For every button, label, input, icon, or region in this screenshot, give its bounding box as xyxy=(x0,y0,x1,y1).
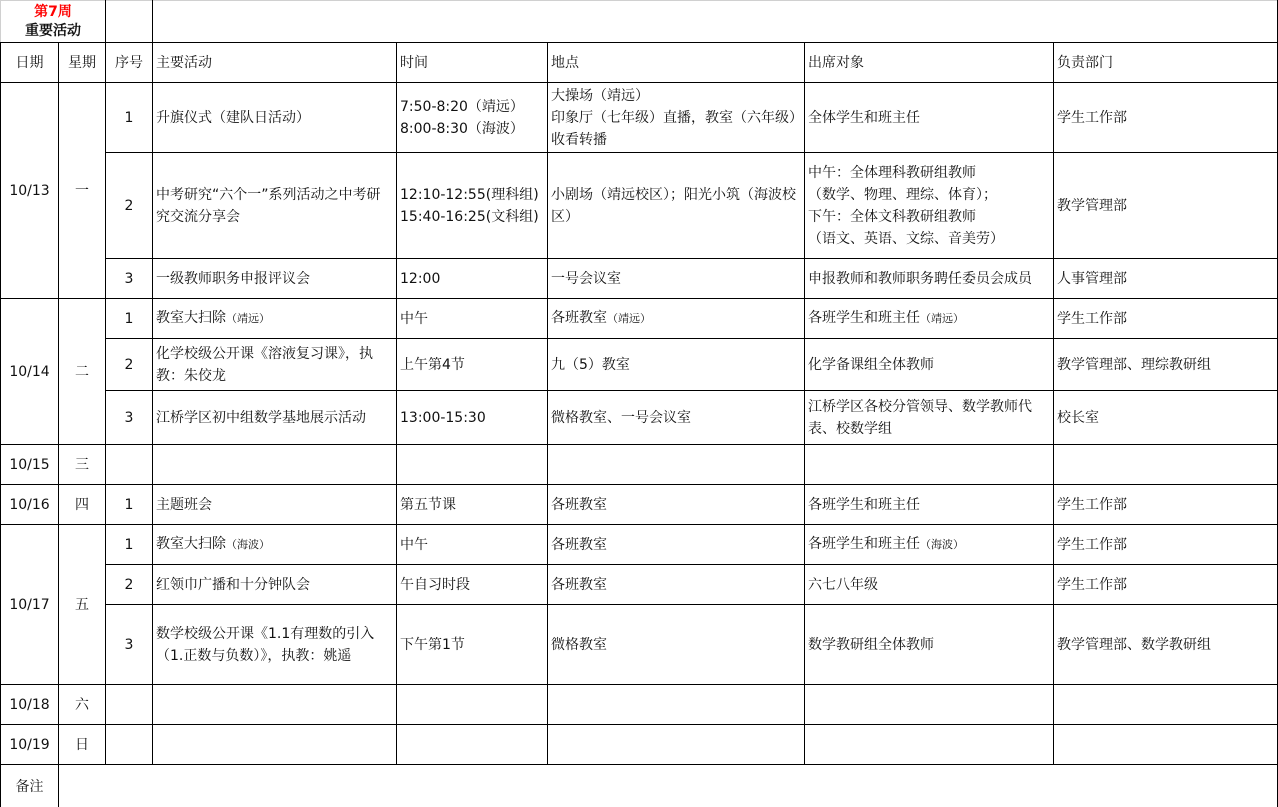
time-cell: 下午第1节 xyxy=(397,605,548,685)
cell-text: 江桥学区初中组数学基地展示活动 xyxy=(156,410,366,426)
time-cell: 13:00-15:30 xyxy=(397,391,548,445)
time-text: 中午 xyxy=(400,537,428,553)
attendees-cell: 化学备课组全体教师 xyxy=(805,339,1054,391)
week-label: 第7周 xyxy=(4,3,102,21)
cell-text: 九（5）教室 xyxy=(551,357,630,373)
cell-text: 主题班会 xyxy=(156,497,212,513)
time-text: 7:50-8:20（靖远） xyxy=(400,99,524,115)
cell-text: 各班学生和班主任 xyxy=(808,310,920,326)
col-header-weekday: 星期 xyxy=(59,43,106,83)
remarks-value-cell[interactable] xyxy=(59,765,1278,807)
cell-text: 江桥学区各校分管领导、数学教师代表、校数学组 xyxy=(808,399,1032,437)
time-cell: 12:10-12:55(理科组)15:40-16:25(文科组) xyxy=(397,153,548,259)
place-cell: 九（5）教室 xyxy=(548,339,805,391)
table-row: 10/17五1教室大扫除（海波）中午各班教室各班学生和班主任（海波）学生工作部 xyxy=(1,525,1278,565)
department-cell xyxy=(1054,445,1278,485)
attendees-cell: 各班学生和班主任（海波） xyxy=(805,525,1054,565)
place-cell: 各班教室 xyxy=(548,485,805,525)
time-cell xyxy=(397,725,548,765)
cell-text: 中午：全体理科教研组教师 xyxy=(808,165,976,181)
cell-text: 数学校级公开课《1.1有理数的引入（1.正数与负数）》，执教：姚遥 xyxy=(156,626,374,664)
row-number-cell: 3 xyxy=(106,259,153,299)
cell-text: 小剧场（靖远校区）；阳光小筑（海波校区） xyxy=(551,187,796,225)
weekday-cell: 二 xyxy=(59,299,106,445)
row-number-cell: 1 xyxy=(106,299,153,339)
row-number-cell: 2 xyxy=(106,339,153,391)
table-row: 10/19日 xyxy=(1,725,1278,765)
cell-note: （靖远） xyxy=(607,312,651,325)
cell-text: 各班教室 xyxy=(551,537,607,553)
department-cell: 教学管理部、理综教研组 xyxy=(1054,339,1278,391)
attendees-cell: 申报教师和教师职务聘任委员会成员 xyxy=(805,259,1054,299)
table-row: 2化学校级公开课《溶液复习课》，执教：朱佼龙上午第4节九（5）教室化学备课组全体… xyxy=(1,339,1278,391)
cell-text: 化学校级公开课《溶液复习课》，执教：朱佼龙 xyxy=(156,346,373,384)
activity-cell: 升旗仪式（建队日活动） xyxy=(153,83,397,153)
activity-cell: 数学校级公开课《1.1有理数的引入（1.正数与负数）》，执教：姚遥 xyxy=(153,605,397,685)
attendees-cell xyxy=(805,685,1054,725)
cell-text: 各班教室 xyxy=(551,310,607,326)
time-cell xyxy=(397,445,548,485)
table-row: 3江桥学区初中组数学基地展示活动13:00-15:30微格教室、一号会议室江桥学… xyxy=(1,391,1278,445)
row-number-cell xyxy=(106,685,153,725)
page-title: 重要活动 xyxy=(4,21,102,41)
date-cell: 10/14 xyxy=(1,299,59,445)
table-row: 2中考研究“六个一”系列活动之中考研究交流分享会12:10-12:55(理科组)… xyxy=(1,153,1278,259)
attendees-cell: 数学教研组全体教师 xyxy=(805,605,1054,685)
weekday-cell: 五 xyxy=(59,525,106,685)
cell-text: （语文、英语、文综、音美劳） xyxy=(808,231,1004,247)
department-cell: 学生工作部 xyxy=(1054,83,1278,153)
cell-text: 各班教室 xyxy=(551,577,607,593)
col-header-no: 序号 xyxy=(106,43,153,83)
col-header-dept: 负责部门 xyxy=(1054,43,1278,83)
attendees-cell: 中午：全体理科教研组教师（数学、物理、理综、体育）；下午：全体文科教研组教师（语… xyxy=(805,153,1054,259)
weekday-cell: 四 xyxy=(59,485,106,525)
activity-cell: 红领巾广播和十分钟队会 xyxy=(153,565,397,605)
cell-note: （海波） xyxy=(920,538,964,551)
attendees-cell: 全体学生和班主任 xyxy=(805,83,1054,153)
cell-text: 各班学生和班主任 xyxy=(808,497,920,513)
attendees-cell: 各班学生和班主任（靖远） xyxy=(805,299,1054,339)
cell-text: 微格教室 xyxy=(551,637,607,653)
department-cell xyxy=(1054,685,1278,725)
activity-cell: 教室大扫除（靖远） xyxy=(153,299,397,339)
attendees-cell: 江桥学区各校分管领导、数学教师代表、校数学组 xyxy=(805,391,1054,445)
time-text: 8:00-8:30（海波） xyxy=(400,121,524,137)
cell-text: 申报教师和教师职务聘任委员会成员 xyxy=(808,271,1032,287)
date-cell: 10/17 xyxy=(1,525,59,685)
row-number-cell: 2 xyxy=(106,153,153,259)
col-header-activity: 主要活动 xyxy=(153,43,397,83)
activity-cell: 江桥学区初中组数学基地展示活动 xyxy=(153,391,397,445)
cell-text: 化学备课组全体教师 xyxy=(808,357,934,373)
date-cell: 10/19 xyxy=(1,725,59,765)
department-cell: 教学管理部 xyxy=(1054,153,1278,259)
title-blank-span xyxy=(153,1,1278,43)
remarks-row: 备注 xyxy=(1,765,1278,807)
cell-text: 中考研究“六个一”系列活动之中考研究交流分享会 xyxy=(156,187,381,225)
activity-cell: 主题班会 xyxy=(153,485,397,525)
weekly-schedule-table: 第7周 重要活动 日期 星期 序号 主要活动 时间 地点 出席对象 负责部门 1… xyxy=(0,0,1278,807)
time-text: 下午第1节 xyxy=(400,637,465,653)
time-text: 13:00-15:30 xyxy=(400,410,486,426)
activity-cell: 化学校级公开课《溶液复习课》，执教：朱佼龙 xyxy=(153,339,397,391)
table-row: 2红领巾广播和十分钟队会午自习时段各班教室六七八年级学生工作部 xyxy=(1,565,1278,605)
row-number-cell: 3 xyxy=(106,391,153,445)
weekday-cell: 三 xyxy=(59,445,106,485)
row-number-cell: 2 xyxy=(106,565,153,605)
activity-cell xyxy=(153,445,397,485)
place-cell: 小剧场（靖远校区）；阳光小筑（海波校区） xyxy=(548,153,805,259)
weekday-cell: 日 xyxy=(59,725,106,765)
cell-text: 下午：全体文科教研组教师 xyxy=(808,209,976,225)
attendees-cell xyxy=(805,445,1054,485)
table-row: 10/18六 xyxy=(1,685,1278,725)
department-cell: 学生工作部 xyxy=(1054,299,1278,339)
cell-text: （数学、物理、理综、体育）； xyxy=(808,187,997,203)
remarks-label: 备注 xyxy=(1,765,59,807)
time-text: 12:10-12:55(理科组) xyxy=(400,187,539,203)
time-text: 15:40-16:25(文科组) xyxy=(400,209,539,225)
time-cell: 中午 xyxy=(397,299,548,339)
time-text: 12:00 xyxy=(400,271,440,287)
title-row: 第7周 重要活动 xyxy=(1,1,1278,43)
cell-text: 升旗仪式（建队日活动） xyxy=(156,110,310,126)
week-title-cell: 第7周 重要活动 xyxy=(1,1,106,43)
activity-cell: 一级教师职务申报评议会 xyxy=(153,259,397,299)
row-number-cell xyxy=(106,445,153,485)
department-cell xyxy=(1054,725,1278,765)
cell-text: 教室大扫除 xyxy=(156,310,226,326)
attendees-cell: 六七八年级 xyxy=(805,565,1054,605)
place-cell xyxy=(548,685,805,725)
weekday-cell: 六 xyxy=(59,685,106,725)
table-row: 10/15三 xyxy=(1,445,1278,485)
cell-text: 六七八年级 xyxy=(808,577,878,593)
row-number-cell xyxy=(106,725,153,765)
department-cell: 学生工作部 xyxy=(1054,485,1278,525)
place-cell: 大操场（靖远）印象厅（七年级）直播，教室（六年级）收看转播 xyxy=(548,83,805,153)
place-cell: 微格教室 xyxy=(548,605,805,685)
department-cell: 人事管理部 xyxy=(1054,259,1278,299)
time-text: 午自习时段 xyxy=(400,577,470,593)
place-cell xyxy=(548,725,805,765)
activity-cell: 中考研究“六个一”系列活动之中考研究交流分享会 xyxy=(153,153,397,259)
time-text: 中午 xyxy=(400,311,428,327)
activity-cell: 教室大扫除（海波） xyxy=(153,525,397,565)
row-number-cell: 3 xyxy=(106,605,153,685)
row-number-cell: 1 xyxy=(106,83,153,153)
cell-text: 各班学生和班主任 xyxy=(808,536,920,552)
cell-text: 红领巾广播和十分钟队会 xyxy=(156,577,310,593)
cell-text: 教室大扫除 xyxy=(156,536,226,552)
department-cell: 学生工作部 xyxy=(1054,565,1278,605)
activity-cell xyxy=(153,685,397,725)
department-cell: 学生工作部 xyxy=(1054,525,1278,565)
time-cell: 上午第4节 xyxy=(397,339,548,391)
title-blank-cell xyxy=(106,1,153,43)
place-cell: 各班教室（靖远） xyxy=(548,299,805,339)
cell-note: （靖远） xyxy=(920,312,964,325)
time-cell: 第五节课 xyxy=(397,485,548,525)
table-row: 3数学校级公开课《1.1有理数的引入（1.正数与负数）》，执教：姚遥下午第1节微… xyxy=(1,605,1278,685)
cell-text: 全体学生和班主任 xyxy=(808,110,920,126)
cell-text: 数学教研组全体教师 xyxy=(808,637,934,653)
attendees-cell: 各班学生和班主任 xyxy=(805,485,1054,525)
cell-text: 印象厅（七年级）直播，教室（六年级）收看转播 xyxy=(551,110,796,148)
time-cell: 7:50-8:20（靖远）8:00-8:30（海波） xyxy=(397,83,548,153)
cell-note: （靖远） xyxy=(226,312,270,325)
col-header-time: 时间 xyxy=(397,43,548,83)
attendees-cell xyxy=(805,725,1054,765)
place-cell: 一号会议室 xyxy=(548,259,805,299)
row-number-cell: 1 xyxy=(106,485,153,525)
cell-text: 微格教室、一号会议室 xyxy=(551,410,691,426)
place-cell: 各班教室 xyxy=(548,525,805,565)
department-cell: 教学管理部、数学教研组 xyxy=(1054,605,1278,685)
cell-text: 各班教室 xyxy=(551,497,607,513)
time-text: 上午第4节 xyxy=(400,357,465,373)
time-cell: 中午 xyxy=(397,525,548,565)
place-cell xyxy=(548,445,805,485)
date-cell: 10/16 xyxy=(1,485,59,525)
table-row: 10/14二1教室大扫除（靖远）中午各班教室（靖远）各班学生和班主任（靖远）学生… xyxy=(1,299,1278,339)
place-cell: 微格教室、一号会议室 xyxy=(548,391,805,445)
time-cell: 午自习时段 xyxy=(397,565,548,605)
department-cell: 校长室 xyxy=(1054,391,1278,445)
header-row: 日期 星期 序号 主要活动 时间 地点 出席对象 负责部门 xyxy=(1,43,1278,83)
weekday-cell: 一 xyxy=(59,83,106,299)
time-cell: 12:00 xyxy=(397,259,548,299)
date-cell: 10/18 xyxy=(1,685,59,725)
table-row: 3一级教师职务申报评议会12:00一号会议室申报教师和教师职务聘任委员会成员人事… xyxy=(1,259,1278,299)
cell-note: （海波） xyxy=(226,538,270,551)
time-cell xyxy=(397,685,548,725)
table-row: 10/13一1升旗仪式（建队日活动）7:50-8:20（靖远）8:00-8:30… xyxy=(1,83,1278,153)
col-header-date: 日期 xyxy=(1,43,59,83)
col-header-attendees: 出席对象 xyxy=(805,43,1054,83)
col-header-place: 地点 xyxy=(548,43,805,83)
cell-text: 一号会议室 xyxy=(551,271,621,287)
date-cell: 10/13 xyxy=(1,83,59,299)
place-cell: 各班教室 xyxy=(548,565,805,605)
cell-text: 大操场（靖远） xyxy=(551,88,649,104)
cell-text: 一级教师职务申报评议会 xyxy=(156,271,310,287)
table-row: 10/16四1主题班会第五节课各班教室各班学生和班主任学生工作部 xyxy=(1,485,1278,525)
activity-cell xyxy=(153,725,397,765)
date-cell: 10/15 xyxy=(1,445,59,485)
row-number-cell: 1 xyxy=(106,525,153,565)
time-text: 第五节课 xyxy=(400,497,456,513)
